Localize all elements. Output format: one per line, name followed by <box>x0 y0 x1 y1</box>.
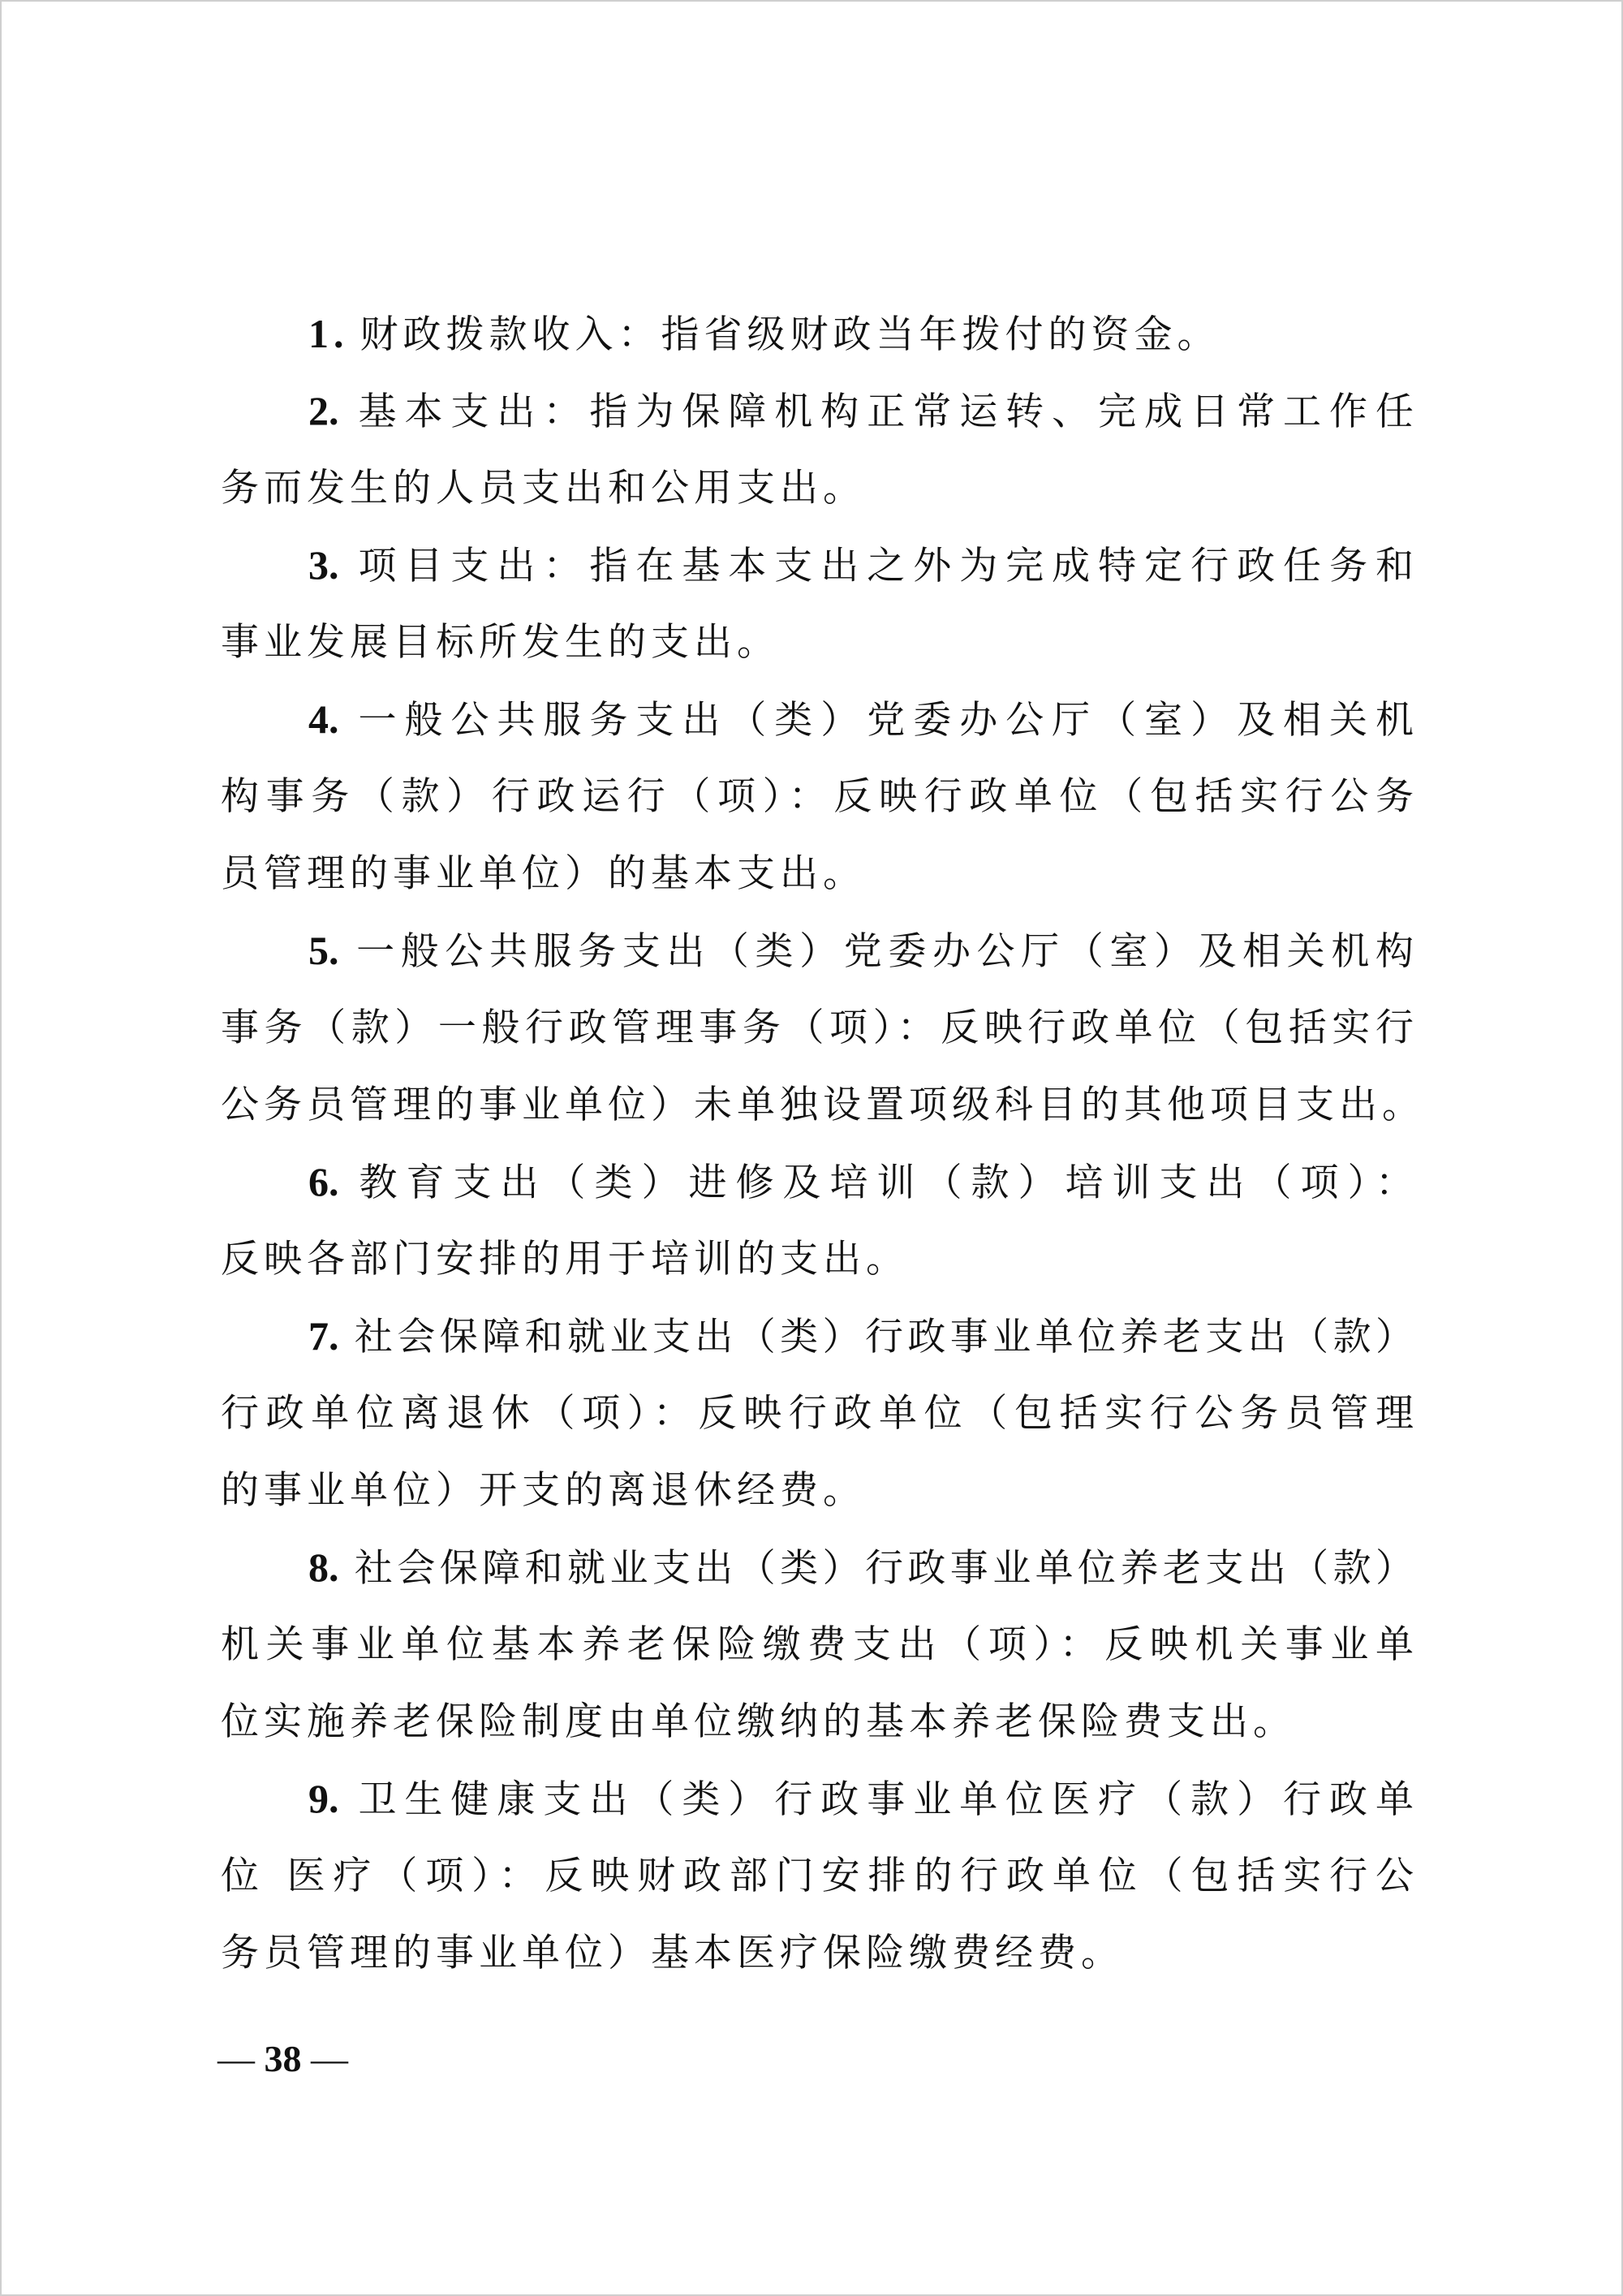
item-number: 2. <box>308 388 339 433</box>
line-text: 财政拨款收入：指省级财政当年拨付的资金。 <box>360 312 1220 357</box>
paragraph-line: 6.教育支出（类）进修及培训（款）培训支出（项）： <box>221 1144 1414 1221</box>
line-text: 务而发生的人员支出和公用支出。 <box>221 466 866 510</box>
line-text: 卫生健康支出（类）行政事业单位医疗（款）行政单 <box>351 1777 1414 1822</box>
definition-paragraph: 5.一般公共服务支出（类）党委办公厅（室）及相关机构事务（款）一般行政管理事务（… <box>221 912 1414 1144</box>
line-text: 位 医疗（项）：反映财政部门安排的行政单位（包括实行公 <box>221 1854 1414 1898</box>
paragraph-line: 3.项目支出：指在基本支出之外为完成特定行政任务和 <box>221 527 1414 604</box>
paragraph-line: 构事务（款）行政运行（项）：反映行政单位（包括实行公务 <box>221 758 1414 835</box>
paragraph-line: 4.一般公共服务支出（类）党委办公厅（室）及相关机 <box>221 681 1414 758</box>
item-number: 8. <box>308 1544 339 1590</box>
document-page: 1.财政拨款收入：指省级财政当年拨付的资金。2.基本支出：指为保障机构正常运转、… <box>0 0 1623 2296</box>
line-text: 务员管理的事业单位）基本医疗保险缴费经费。 <box>221 1931 1124 1975</box>
paragraph-line: 公务员管理的事业单位）未单独设置项级科目的其他项目支出。 <box>221 1066 1414 1144</box>
item-number: 7. <box>308 1313 339 1359</box>
paragraph-line: 务员管理的事业单位）基本医疗保险缴费经费。 <box>221 1915 1414 1992</box>
definition-paragraph: 7.社会保障和就业支出（类）行政事业单位养老支出（款）行政单位离退休（项）：反映… <box>221 1298 1414 1529</box>
footer-dash-right: — <box>311 2038 348 2079</box>
line-text: 构事务（款）行政运行（项）：反映行政单位（包括实行公务 <box>221 774 1414 819</box>
line-text: 社会保障和就业支出（类）行政事业单位养老支出（款） <box>351 1546 1414 1591</box>
line-text: 反映各部门安排的用于培训的支出。 <box>221 1237 909 1282</box>
paragraph-line: 员管理的事业单位）的基本支出。 <box>221 835 1414 912</box>
definition-paragraph: 4.一般公共服务支出（类）党委办公厅（室）及相关机构事务（款）行政运行（项）：反… <box>221 681 1414 912</box>
line-text: 机关事业单位基本养老保险缴费支出（项）：反映机关事业单 <box>221 1622 1414 1667</box>
line-text: 的事业单位）开支的离退休经费。 <box>221 1468 866 1513</box>
item-number: 5. <box>308 928 339 973</box>
line-text: 一般公共服务支出（类）党委办公厅（室）及相关机 <box>351 698 1414 743</box>
paragraph-line: 位实施养老保险制度由单位缴纳的基本养老保险费支出。 <box>221 1683 1414 1760</box>
paragraph-line: 务而发生的人员支出和公用支出。 <box>221 450 1414 527</box>
item-number: 3. <box>308 542 339 588</box>
paragraph-line: 7.社会保障和就业支出（类）行政事业单位养老支出（款） <box>221 1298 1414 1375</box>
paragraph-line: 5.一般公共服务支出（类）党委办公厅（室）及相关机构 <box>221 912 1414 989</box>
item-number: 6. <box>308 1159 339 1204</box>
line-text: 公务员管理的事业单位）未单独设置项级科目的其他项目支出。 <box>221 1083 1425 1127</box>
line-text: 社会保障和就业支出（类）行政事业单位养老支出（款） <box>351 1315 1414 1359</box>
definition-paragraph: 9.卫生健康支出（类）行政事业单位医疗（款）行政单位 医疗（项）：反映财政部门安… <box>221 1760 1414 1992</box>
line-text: 员管理的事业单位）的基本支出。 <box>221 851 866 896</box>
line-text: 行政单位离退休（项）：反映行政单位（包括实行公务员管理 <box>221 1391 1414 1436</box>
line-text: 教育支出（类）进修及培训（款）培训支出（项）： <box>351 1161 1414 1205</box>
paragraph-line: 事务（款）一般行政管理事务（项）：反映行政单位（包括实行 <box>221 989 1414 1066</box>
item-number: 9. <box>308 1776 339 1821</box>
line-text: 事务（款）一般行政管理事务（项）：反映行政单位（包括实行 <box>221 1006 1414 1050</box>
line-text: 项目支出：指在基本支出之外为完成特定行政任务和 <box>351 544 1414 588</box>
paragraph-line: 8.社会保障和就业支出（类）行政事业单位养老支出（款） <box>221 1529 1414 1606</box>
page-number: 38 <box>265 2038 302 2079</box>
paragraph-line: 2.基本支出：指为保障机构正常运转、完成日常工作任 <box>221 373 1414 450</box>
paragraph-line: 9.卫生健康支出（类）行政事业单位医疗（款）行政单 <box>221 1760 1414 1837</box>
paragraph-line: 位 医疗（项）：反映财政部门安排的行政单位（包括实行公 <box>221 1837 1414 1915</box>
definition-paragraph: 6.教育支出（类）进修及培训（款）培训支出（项）：反映各部门安排的用于培训的支出… <box>221 1144 1414 1298</box>
footer-dash-left: — <box>217 2038 255 2079</box>
paragraph-line: 的事业单位）开支的离退休经费。 <box>221 1452 1414 1529</box>
definition-paragraph: 3.项目支出：指在基本支出之外为完成特定行政任务和事业发展目标所发生的支出。 <box>221 527 1414 681</box>
item-number: 4. <box>308 696 339 742</box>
document-body: 1.财政拨款收入：指省级财政当年拨付的资金。2.基本支出：指为保障机构正常运转、… <box>221 295 1414 1992</box>
paragraph-line: 反映各部门安排的用于培训的支出。 <box>221 1221 1414 1298</box>
page-number-footer: — 38 — <box>217 2035 348 2083</box>
paragraph-line: 机关事业单位基本养老保险缴费支出（项）：反映机关事业单 <box>221 1606 1414 1683</box>
paragraph-line: 行政单位离退休（项）：反映行政单位（包括实行公务员管理 <box>221 1375 1414 1452</box>
line-text: 事业发展目标所发生的支出。 <box>221 620 780 665</box>
paragraph-line: 1.财政拨款收入：指省级财政当年拨付的资金。 <box>221 295 1414 373</box>
definition-paragraph: 2.基本支出：指为保障机构正常运转、完成日常工作任务而发生的人员支出和公用支出。 <box>221 373 1414 527</box>
definition-paragraph: 1.财政拨款收入：指省级财政当年拨付的资金。 <box>221 295 1414 373</box>
line-text: 基本支出：指为保障机构正常运转、完成日常工作任 <box>351 390 1414 434</box>
definition-paragraph: 8.社会保障和就业支出（类）行政事业单位养老支出（款）机关事业单位基本养老保险缴… <box>221 1529 1414 1760</box>
line-text: 位实施养老保险制度由单位缴纳的基本养老保险费支出。 <box>221 1699 1296 1744</box>
line-text: 一般公共服务支出（类）党委办公厅（室）及相关机构 <box>351 929 1414 974</box>
item-number: 1. <box>308 311 349 356</box>
paragraph-line: 事业发展目标所发生的支出。 <box>221 604 1414 681</box>
